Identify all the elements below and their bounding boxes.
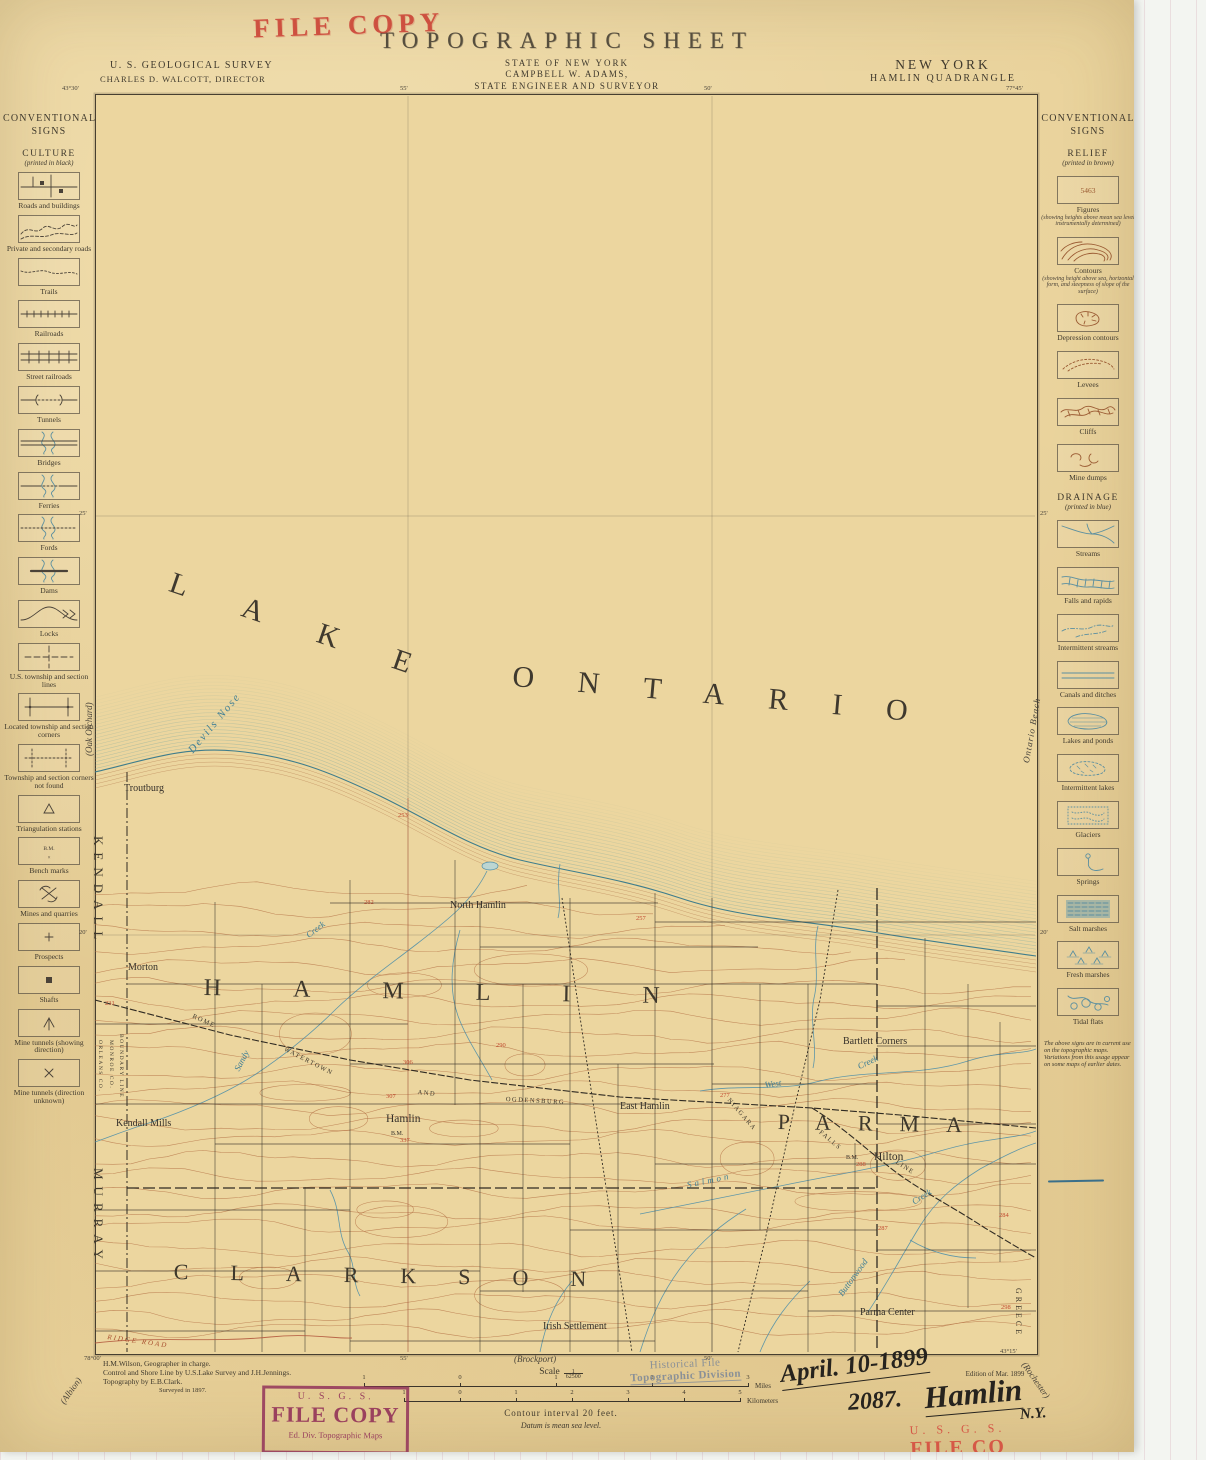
lock-symbol-icon	[18, 600, 80, 628]
map-label-parma-center: Parma Center	[860, 1307, 915, 1318]
scale-bar-tick	[684, 1398, 685, 1402]
scale-bar-number: 1	[554, 1374, 557, 1381]
legend-label: Prospects	[3, 953, 95, 961]
legend-item: Located township and section corners	[3, 693, 95, 739]
cornersnf-symbol-icon	[18, 744, 80, 772]
spot-elevation: 231	[105, 1000, 115, 1007]
legend-label: Located township and section corners	[3, 723, 95, 739]
dumps-symbol-icon	[1057, 444, 1119, 472]
tidal-symbol-icon	[1057, 988, 1119, 1016]
map-label-tick-top-50: 50'	[704, 85, 712, 92]
scale-bar-number: 1	[514, 1389, 517, 1396]
legend-item: Springs	[1040, 848, 1134, 886]
scale-bar-tick	[460, 1398, 461, 1402]
legend-label: Mines and quarries	[3, 910, 95, 918]
scale-bar-tick	[748, 1383, 749, 1387]
scale-bar-tick	[628, 1398, 629, 1402]
map-label-albion: (Albion)	[58, 1375, 83, 1405]
glaciers-symbol-icon	[1057, 801, 1119, 829]
scale-bar-number: 3	[746, 1374, 749, 1381]
legend-label: Private and secondary roads	[3, 245, 95, 253]
contour-interval: Contour interval 20 feet.	[411, 1408, 711, 1418]
scale-bar-number: 4	[682, 1389, 685, 1396]
legend-label: U.S. township and section lines	[3, 673, 95, 689]
legend-item: Mines and quarries	[3, 880, 95, 918]
legend-item: Roads and buildings	[3, 172, 95, 210]
legend-item: Ferries	[3, 472, 95, 510]
contours-symbol-icon	[1057, 237, 1119, 265]
spot-elevation: 284	[999, 1212, 1009, 1219]
bridge-symbol-icon	[18, 429, 80, 457]
legend-item: Contours(showing height above sea, horiz…	[1040, 237, 1134, 295]
legend-label: Mine tunnels (showing direction)	[3, 1039, 95, 1055]
map-label-corner-tr: 77°45'	[1006, 85, 1023, 92]
historical-file-stamp: Historical File Topographic Division	[630, 1356, 742, 1386]
legend-label: Triangulation stations	[3, 825, 95, 833]
legend-item: Intermittent lakes	[1040, 754, 1134, 792]
map-label-bartlett-corners: Bartlett Corners	[843, 1036, 907, 1047]
legend-label: Streams	[1040, 550, 1134, 558]
rail-symbol-icon	[18, 300, 80, 328]
tunnel-symbol-icon	[18, 386, 80, 414]
legend-label: Tidal flats	[1040, 1018, 1134, 1026]
legend-label: Mine dumps	[1040, 474, 1134, 482]
stamp-line: FILE COPY	[265, 1402, 406, 1429]
credit-line: H.M.Wilson, Geographer in charge.	[103, 1359, 403, 1368]
quadrangle-label: HAMLIN QUADRANGLE	[848, 73, 1038, 84]
scale-bar-unit: Miles	[755, 1382, 771, 1390]
svg-text:B.M.: B.M.	[43, 846, 55, 852]
uslines-symbol-icon	[18, 643, 80, 671]
spot-elevation: 306	[403, 1059, 413, 1066]
map-label-tick-top-55: 55'	[400, 85, 408, 92]
legend-section-note: (printed in brown)	[1040, 159, 1134, 167]
handwritten-state: N.Y.	[1019, 1405, 1047, 1424]
map-label-rochester: (Rochester)	[1020, 1360, 1052, 1400]
spot-elevation: 298	[1001, 1304, 1011, 1311]
legend-section-culture: CULTURE	[3, 149, 95, 159]
spot-elevation: 257	[636, 915, 646, 922]
legend-label: Fords	[3, 544, 95, 552]
spot-elevation: 290	[496, 1042, 506, 1049]
ford-symbol-icon	[18, 514, 80, 542]
map-label-orleans-co: ORLEANS CO.	[97, 1040, 103, 1092]
legend-item: U.S. township and section lines	[3, 643, 95, 689]
saltmarsh-symbol-icon	[1057, 895, 1119, 923]
legend-item: B.M.×Bench marks	[3, 837, 95, 875]
tununk-symbol-icon	[18, 1059, 80, 1087]
legend-label: Township and section corners not found	[3, 774, 95, 790]
legend-label: Shafts	[3, 996, 95, 1004]
map-label-murray-town: MURRAY	[90, 1168, 106, 1266]
legend-label: Intermittent lakes	[1040, 784, 1134, 792]
falls-symbol-icon	[1057, 567, 1119, 595]
map-label-parma-town: PARMA	[778, 1109, 990, 1139]
legend-item: Shafts	[3, 966, 95, 1004]
legend-section-relief: RELIEF	[1040, 149, 1134, 159]
legend-label: Salt marshes	[1040, 925, 1134, 933]
legend-item: Cliffs	[1040, 398, 1134, 436]
legend-label: Tunnels	[3, 416, 95, 424]
scale-bar-tick	[460, 1383, 461, 1387]
legend-item: Falls and rapids	[1040, 567, 1134, 605]
legend-footnote: The above signs are in current use on th…	[1040, 1040, 1134, 1068]
legend-section-note: (printed in blue)	[1040, 503, 1134, 511]
spot-elevation: 287	[878, 1225, 888, 1232]
legend-left: CONVENTIONAL SIGNS CULTURE (printed in b…	[3, 112, 95, 1105]
map-label-east-hamlin: East Hamlin	[620, 1101, 670, 1112]
legend-item: Triangulation stations	[3, 795, 95, 833]
ink-mark	[1048, 1180, 1104, 1183]
streams-symbol-icon	[1057, 520, 1119, 548]
scale-bar-tick	[516, 1398, 517, 1402]
scale-bar-number: 0	[458, 1389, 461, 1396]
shaft-symbol-icon	[18, 966, 80, 994]
legend-item: 5463Figures(showing heights above mean s…	[1040, 176, 1134, 228]
legend-title: CONVENTIONAL SIGNS	[1040, 112, 1134, 138]
map-label-irish-settlement: Irish Settlement	[543, 1321, 607, 1332]
springs-symbol-icon	[1057, 848, 1119, 876]
legend-label: Springs	[1040, 878, 1134, 886]
legend-item: Fresh marshes	[1040, 941, 1134, 979]
legend-item: Bridges	[3, 429, 95, 467]
legend-item: Tunnels	[3, 386, 95, 424]
scale-bar-number: 5	[738, 1389, 741, 1396]
figures-symbol-icon: 5463	[1057, 176, 1119, 204]
legend-item: Trails	[3, 258, 95, 296]
legend-right: CONVENTIONAL SIGNS RELIEF (printed in br…	[1040, 112, 1134, 1068]
legend-item: Locks	[3, 600, 95, 638]
lakes-symbol-icon	[1057, 707, 1119, 735]
legend-item: Township and section corners not found	[3, 744, 95, 790]
legend-item: Private and secondary roads	[3, 215, 95, 253]
legend-label-note: (showing height above sea, horizontal fo…	[1040, 276, 1134, 296]
scanned-map-page: { "header": { "survey": "U. S. GEOLOGICA…	[0, 0, 1206, 1460]
map-label-boundary-line: BOUNDARY LINE	[118, 1034, 124, 1098]
legend-item: Canals and ditches	[1040, 661, 1134, 699]
spot-elevation: 307	[386, 1093, 396, 1100]
map-label-brockport: (Brockport)	[514, 1354, 556, 1364]
cliffs-symbol-icon	[1057, 398, 1119, 426]
tundir-symbol-icon	[18, 1009, 80, 1037]
legend-title: CONVENTIONAL SIGNS	[3, 112, 95, 138]
legend-label: Fresh marshes	[1040, 971, 1134, 979]
legend-label: Falls and rapids	[1040, 597, 1134, 605]
legend-label: Intermittent streams	[1040, 644, 1134, 652]
legend-label: Glaciers	[1040, 831, 1134, 839]
scale-bar-number: 2	[570, 1389, 573, 1396]
legend-label: Contours	[1040, 267, 1134, 275]
canals-symbol-icon	[1057, 661, 1119, 689]
legend-item: Fords	[3, 514, 95, 552]
levees-symbol-icon	[1057, 351, 1119, 379]
intstreams-symbol-icon	[1057, 614, 1119, 642]
map-label-greece-town: GREECE	[1014, 1288, 1023, 1337]
map-label-north-hamlin: North Hamlin	[450, 900, 506, 911]
scale-bar-tick	[572, 1398, 573, 1402]
map-label-corner-br: 43°15'	[1000, 1348, 1017, 1355]
legend-item: Tidal flats	[1040, 988, 1134, 1026]
prospect-symbol-icon	[18, 923, 80, 951]
legend-label: Roads and buildings	[3, 202, 95, 210]
spot-elevation: 277	[720, 1092, 730, 1099]
scale-fraction: 162500	[564, 1370, 583, 1381]
legend-label: Levees	[1040, 381, 1134, 389]
legend-label: Figures	[1040, 206, 1134, 214]
legend-label: Mine tunnels (direction unknown)	[3, 1089, 95, 1105]
map-label-monroe-co: MONROE CO.	[108, 1040, 114, 1089]
legend-item: Streams	[1040, 520, 1134, 558]
map-label-morton: Morton	[128, 962, 158, 973]
scale-bar-number: 3	[626, 1389, 629, 1396]
legend-label: Canals and ditches	[1040, 691, 1134, 699]
scale-bar-tick	[740, 1398, 741, 1402]
map-label-corner-tl: 43°30'	[62, 85, 79, 92]
legend-label: Trails	[3, 288, 95, 296]
scale-bar-number: 0	[458, 1374, 461, 1381]
legend-label: Dams	[3, 587, 95, 595]
spot-elevation: 253	[398, 812, 408, 819]
credit-line: Control and Shore Line by U.S.Lake Surve…	[103, 1368, 403, 1377]
corners-symbol-icon	[18, 693, 80, 721]
legend-item: Prospects	[3, 923, 95, 961]
legend-label: Street railroads	[3, 373, 95, 381]
spot-elevation: 337	[400, 1137, 410, 1144]
usgs-file-copy-stamp: U. S. G. S. FILE COPY Ed. Div. Topograph…	[262, 1385, 409, 1452]
handwritten-name: Hamlin	[923, 1372, 1024, 1417]
stamp-line: Ed. Div. Topographic Maps	[265, 1430, 406, 1441]
usgs-red-stamp: U. S. G. S. FILE CO	[910, 1421, 1007, 1452]
legend-label: Bridges	[3, 459, 95, 467]
legend-item: Dams	[3, 557, 95, 595]
legend-item: Lakes and ponds	[1040, 707, 1134, 745]
legend-item: Glaciers	[1040, 801, 1134, 839]
legend-item: Street railroads	[3, 343, 95, 381]
legend-item: Depression contours	[1040, 304, 1134, 342]
stamp-line: FILE CO	[910, 1436, 1006, 1452]
map-label-kendall-mills: Kendall Mills	[116, 1118, 171, 1129]
map-label-troutburg: Troutburg	[124, 783, 164, 794]
bench-symbol-icon: B.M.×	[18, 837, 80, 865]
datum-note: Datum is mean sea level.	[411, 1421, 711, 1430]
dam-symbol-icon	[18, 557, 80, 585]
legend-item: Mine tunnels (showing direction)	[3, 1009, 95, 1055]
spot-elevation: 282	[364, 899, 374, 906]
map-label-hamlin-village: Hamlin	[386, 1113, 421, 1125]
sheet-title: TOPOGRAPHIC SHEET	[0, 28, 1134, 54]
legend-label: Bench marks	[3, 867, 95, 875]
legend-item: Levees	[1040, 351, 1134, 389]
legend-item: Mine dumps	[1040, 444, 1134, 482]
credit-line: Topography by E.B.Clark.	[103, 1377, 403, 1386]
legend-item: Mine tunnels (direction unknown)	[3, 1059, 95, 1105]
legend-label: Depression contours	[1040, 334, 1134, 342]
legend-label-note: (showing heights above mean sea level in…	[1040, 215, 1134, 228]
handwritten-number: 2087.	[847, 1386, 903, 1417]
roads-symbol-icon	[18, 172, 80, 200]
legend-section-drainage: DRAINAGE	[1040, 493, 1134, 503]
legend-item: Intermittent streams	[1040, 614, 1134, 652]
state-label: NEW YORK	[848, 57, 1038, 73]
depression-symbol-icon	[1057, 304, 1119, 332]
freshmarsh-symbol-icon	[1057, 941, 1119, 969]
legend-label: Ferries	[3, 502, 95, 510]
map-sheet-paper: TOPOGRAPHIC SHEET U. S. GEOLOGICAL SURVE…	[0, 0, 1134, 1452]
map-label-corner-bl: 78°00'	[84, 1355, 101, 1362]
legend-label: Lakes and ponds	[1040, 737, 1134, 745]
legend-label: Locks	[3, 630, 95, 638]
ferry-symbol-icon	[18, 472, 80, 500]
intlakes-symbol-icon	[1057, 754, 1119, 782]
legend-item: Salt marshes	[1040, 895, 1134, 933]
legend-section-note: (printed in black)	[3, 159, 95, 167]
legend-item: Railroads	[3, 300, 95, 338]
streetrail-symbol-icon	[18, 343, 80, 371]
mines-symbol-icon	[18, 880, 80, 908]
svg-text:×: ×	[47, 855, 50, 861]
scale-bar-number: 1	[362, 1374, 365, 1381]
secroads-symbol-icon	[18, 215, 80, 243]
legend-label: Railroads	[3, 330, 95, 338]
svg-text:5463: 5463	[1081, 186, 1096, 195]
scale-bar-unit: Kilometers	[747, 1397, 778, 1405]
triang-symbol-icon	[18, 795, 80, 823]
trails-symbol-icon	[18, 258, 80, 286]
scale-bar-tick	[556, 1383, 557, 1387]
legend-label: Cliffs	[1040, 428, 1134, 436]
spot-elevation: 288	[856, 1161, 866, 1168]
